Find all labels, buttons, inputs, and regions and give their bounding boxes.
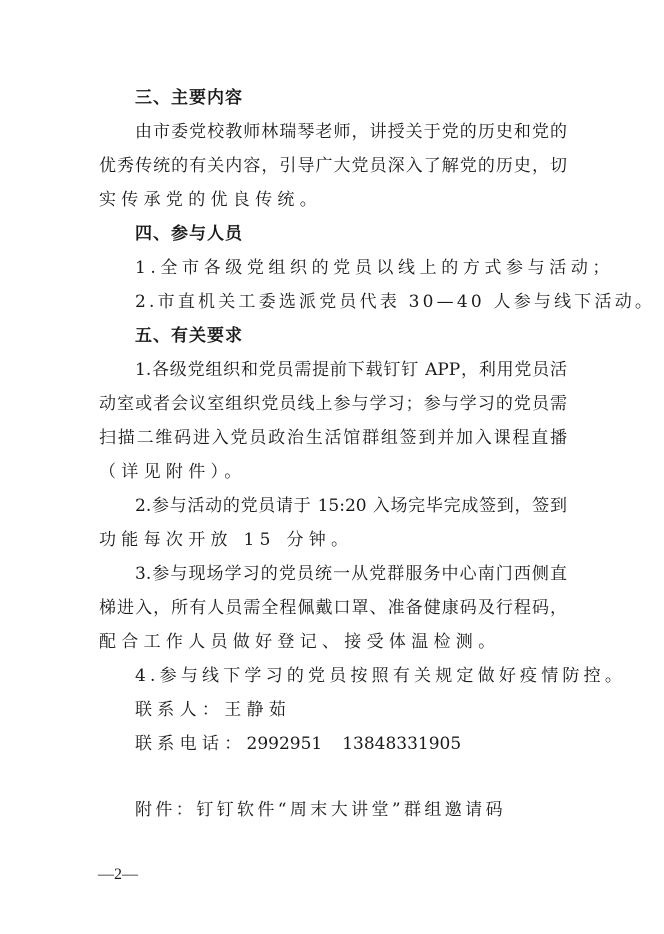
paragraph-line: 实传承党的优良传统。 — [99, 183, 567, 217]
list-item: 1.全市各级党组织的党员以线上的方式参与活动； — [99, 251, 567, 285]
attachment-label: 附件： — [135, 800, 196, 820]
attachment-note: 附件：钉钉软件“周末大讲堂”群组邀请码 — [99, 793, 567, 827]
document-page: 三、主要内容 由市委党校教师林瑞琴老师，讲授关于党的历史和党的 优秀传统的有关内… — [99, 81, 567, 827]
contact-person-label: 联系人： — [135, 700, 224, 720]
list-item-line: 梯进入，所有人员需全程佩戴口罩、准备健康码及行程码， — [99, 591, 567, 625]
spacer — [99, 761, 567, 793]
attachment-text: 钉钉软件“周末大讲堂”群组邀请码 — [196, 800, 506, 820]
list-item-line: 动室或者会议室组织党员线上参与学习；参与学习的党员需 — [99, 387, 567, 421]
contact-person: 联系人：王静茹 — [99, 693, 567, 727]
list-item-line: 2.参与活动的党员请于 15:20 入场完毕完成签到，签到 — [99, 489, 567, 523]
list-item-line: （详见附件）。 — [99, 455, 567, 489]
section-heading-requirements: 五、有关要求 — [99, 319, 567, 353]
contact-phone: 联系电话：299295113848331905 — [99, 727, 567, 761]
list-item: 2.市直机关工委选派党员代表 30—40 人参与线下活动。 — [99, 285, 567, 319]
paragraph-line: 由市委党校教师林瑞琴老师，讲授关于党的历史和党的 — [99, 115, 567, 149]
page-number: —2— — [98, 864, 138, 886]
list-item-line: 4.参与线下学习的党员按照有关规定做好疫情防控。 — [99, 659, 567, 693]
list-item-line: 配合工作人员做好登记、接受体温检测。 — [99, 625, 567, 659]
contact-phone-2: 13848331905 — [342, 734, 461, 754]
list-item-line: 功能每次开放 15 分钟。 — [99, 523, 567, 557]
contact-phone-label: 联系电话： — [135, 734, 247, 754]
contact-phone-1: 2992951 — [247, 734, 323, 754]
paragraph-line: 优秀传统的有关内容，引导广大党员深入了解党的历史，切 — [99, 149, 567, 183]
contact-person-name: 王静茹 — [224, 700, 291, 720]
list-item-line: 扫描二维码进入党员政治生活馆群组签到并加入课程直播 — [99, 421, 567, 455]
list-item-line: 1.各级党组织和党员需提前下载钉钉 APP，利用党员活 — [99, 353, 567, 387]
section-heading-participants: 四、参与人员 — [99, 217, 567, 251]
list-item-line: 3.参与现场学习的党员统一从党群服务中心南门西侧直 — [99, 557, 567, 591]
section-heading-main-content: 三、主要内容 — [99, 81, 567, 115]
